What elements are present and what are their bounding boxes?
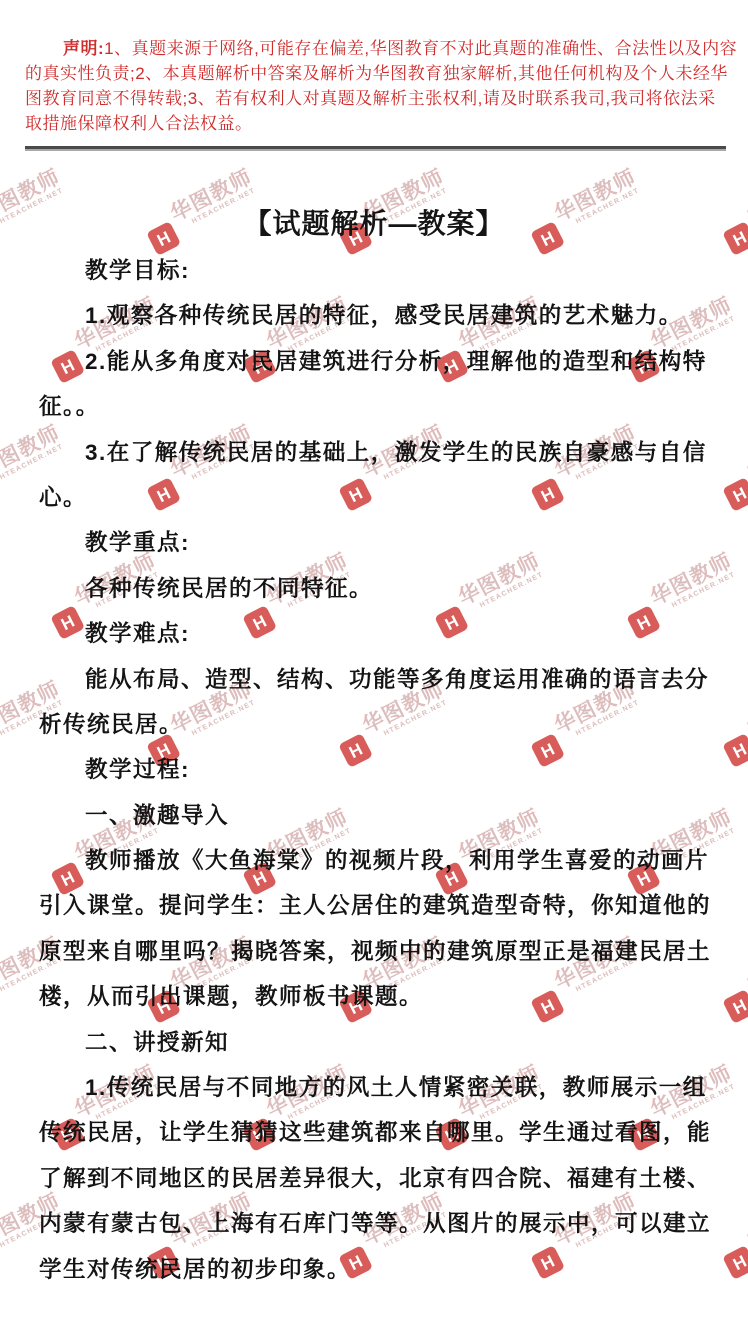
body-line: 征。。 [39, 384, 715, 429]
horizontal-divider [25, 146, 726, 149]
body-line: 楼，从而引出课题，教师板书课题。 [39, 974, 715, 1019]
page-title: 【试题解析—教案】 [0, 202, 748, 242]
body-line: 心。 [39, 475, 715, 520]
body-line: 教学重点: [39, 520, 715, 565]
body-line: 教师播放《大鱼海棠》的视频片段，利用学生喜爱的动画片 [39, 838, 715, 883]
document-page: H华图教师HTEACHER.NETH华图教师HTEACHER.NETH华图教师H… [0, 0, 748, 1335]
body-line: 教学难点: [39, 611, 715, 656]
body-line: 教学过程: [39, 747, 715, 792]
body-line: 能从布局、造型、结构、功能等多角度运用准确的语言去分 [39, 657, 715, 702]
body-line: 各种传统民居的不同特征。 [39, 566, 715, 611]
body-line: 原型来自哪里吗？揭晓答案，视频中的建筑原型正是福建民居土 [39, 929, 715, 974]
disclaimer-line: 的真实性负责;2、本真题解析中答案及解析为华图教育独家解析,其他任何机构及个人未… [25, 61, 731, 86]
body-line: 教学目标: [39, 248, 715, 293]
body-line: 1.观察各种传统民居的特征，感受民居建筑的艺术魅力。 [39, 293, 715, 338]
disclaimer-notice: 声明:1、真题来源于网络,可能存在偏差,华图教育不对此真题的准确性、合法性以及内… [25, 36, 731, 136]
disclaimer-label: 声明: [63, 39, 104, 58]
disclaimer-line: 取措施保障权利人合法权益。 [25, 111, 731, 136]
body-line: 传统民居，让学生猜猜这些建筑都来自哪里。学生通过看图，能 [39, 1110, 715, 1155]
disclaimer-line: 图教育同意不得转载;3、若有权利人对真题及解析主张权利,请及时联系我司,我司将依… [25, 86, 731, 111]
body-line: 引入课堂。提问学生：主人公居住的建筑造型奇特，你知道他的 [39, 883, 715, 928]
lesson-plan-body: 教学目标:1.观察各种传统民居的特征，感受民居建筑的艺术魅力。2.能从多角度对民… [39, 248, 715, 1292]
body-line: 学生对传统民居的初步印象。 [39, 1247, 715, 1292]
body-line: 1.传统民居与不同地方的风土人情紧密关联，教师展示一组 [39, 1065, 715, 1110]
document-content: 声明:1、真题来源于网络,可能存在偏差,华图教育不对此真题的准确性、合法性以及内… [0, 0, 748, 1335]
body-line: 内蒙有蒙古包、上海有石库门等等。从图片的展示中，可以建立 [39, 1201, 715, 1246]
body-line: 二、讲授新知 [39, 1020, 715, 1065]
disclaimer-line: 声明:1、真题来源于网络,可能存在偏差,华图教育不对此真题的准确性、合法性以及内… [25, 36, 731, 61]
body-line: 一、激趣导入 [39, 793, 715, 838]
body-line: 3.在了解传统民居的基础上，激发学生的民族自豪感与自信 [39, 430, 715, 475]
body-line: 析传统民居。 [39, 702, 715, 747]
body-line: 2.能从多角度对民居建筑进行分析，理解他的造型和结构特 [39, 339, 715, 384]
body-line: 了解到不同地区的民居差异很大，北京有四合院、福建有土楼、 [39, 1156, 715, 1201]
